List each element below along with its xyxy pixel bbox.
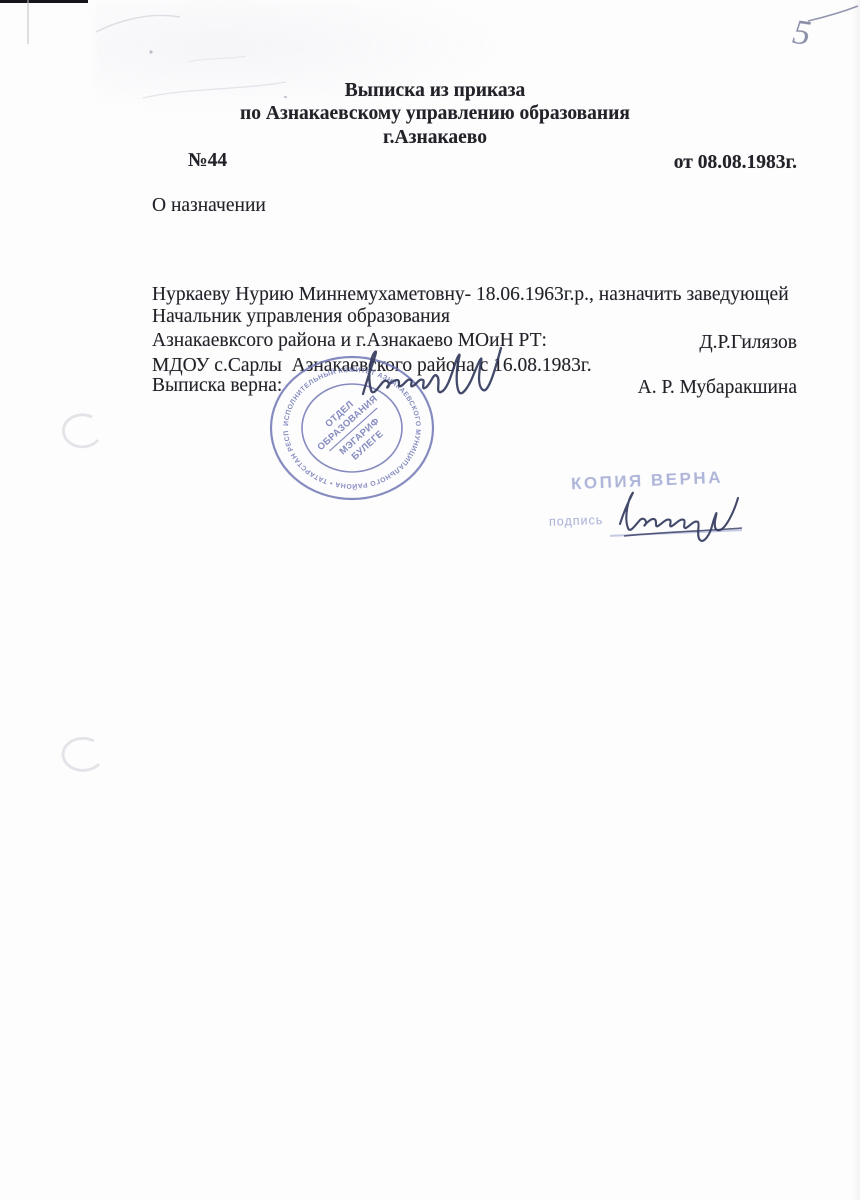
title-line-2: по Азнакаевскому управлению образования — [65, 102, 805, 125]
copy-certifier-name: А. Р. Мубаракшина — [638, 376, 797, 400]
order-subject: О назначении — [152, 194, 266, 218]
copy-certify-label: Выписка верна: — [152, 374, 282, 398]
title-line-1: Выписка из приказа — [65, 79, 805, 102]
scan-edge-mark — [0, 0, 88, 3]
scan-speck — [284, 96, 286, 98]
document-title: Выписка из приказа по Азнакаевскому упра… — [65, 79, 805, 149]
signer-title-line-1: Начальник управления образования — [152, 305, 547, 329]
certifier-ink-signature — [610, 484, 755, 548]
signature-label: подпись — [549, 513, 604, 529]
scan-edge-shadow — [852, 0, 860, 1200]
order-date: от 08.08.1983г. — [674, 151, 797, 175]
body-line-1: Нуркаеву Нурию Миннемухаметовну- 18.06.1… — [152, 283, 812, 307]
director-ink-signature — [355, 342, 505, 407]
scanned-document-page: 5 Выписка из приказа по Азнакаевскому уп… — [0, 0, 860, 1200]
hole-punch-shadow — [52, 736, 102, 778]
paper-crease — [27, 0, 29, 44]
signer-name: Д.Р.Гилязов — [699, 331, 797, 355]
order-number: №44 — [188, 149, 227, 173]
pen-flourish-stroke — [775, 2, 860, 60]
title-line-3: г.Азнакаево — [65, 126, 805, 149]
hole-punch-shadow — [52, 412, 100, 454]
